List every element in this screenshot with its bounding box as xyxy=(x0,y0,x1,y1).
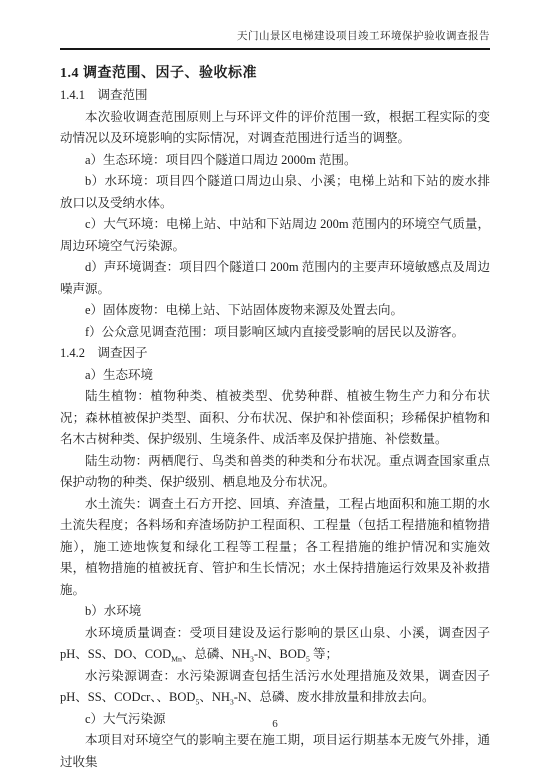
page-number: 6 xyxy=(272,718,278,730)
scope-item-d-noise: d）声环境调查：项目四个隧道口 200m 范围内的主要声环境敏感点及周边噪声源。 xyxy=(60,257,490,300)
paragraph-water-pollution-survey: 水污染源调查：水污染源调查包括生活污水处理措施及效果，调查因子 pH、SS、CO… xyxy=(60,666,490,709)
page-header: 天门山景区电梯建设项目竣工环境保护验收调查报告 xyxy=(0,0,550,50)
section-heading-1-4-1: 1.4.1 调查范围 xyxy=(60,85,490,107)
document-body: 1.4 调查范围、因子、验收标准 1.4.1 调查范围 本次验收调查范围原则上与… xyxy=(0,50,550,773)
paragraph-water-quality-survey: 水环境质量调查：受项目建设及运行影响的景区山泉、小溪，调查因子 pH、SS、DO… xyxy=(60,623,490,666)
paragraph-terrestrial-plants: 陆生植物：植物种类、植被类型、优势种群、植被生物生产力和分布状况；森林植被保护类… xyxy=(60,386,490,451)
factor-label-water: b）水环境 xyxy=(60,601,490,623)
section-heading-1-4: 1.4 调查范围、因子、验收标准 xyxy=(60,63,490,85)
scope-item-a-ecology: a）生态环境：项目四个隧道口周边 2000m 范围。 xyxy=(60,150,490,172)
page-footer: 6 xyxy=(0,718,550,730)
scope-item-c-air: c）大气环境：电梯上站、中站和下站周边 200m 范围内的环境空气质量，周边环境… xyxy=(60,214,490,257)
paragraph-soil-erosion: 水土流失：调查土石方开挖、回填、弃渣量，工程占地面积和施工期的水土流失程度；各料… xyxy=(60,494,490,602)
paragraph-terrestrial-animals: 陆生动物：两栖爬行、鸟类和兽类的种类和分布状况。重点调查国家重点保护动物的种类、… xyxy=(60,451,490,494)
header-title: 天门山景区电梯建设项目竣工环境保护验收调查报告 xyxy=(60,30,490,44)
document-page: 天门山景区电梯建设项目竣工环境保护验收调查报告 1.4 调查范围、因子、验收标准… xyxy=(0,0,550,778)
scope-item-f-public-opinion: f）公众意见调查范围：项目影响区域内直接受影响的居民以及游客。 xyxy=(60,322,490,344)
section-heading-1-4-2: 1.4.2 调查因子 xyxy=(60,343,490,365)
text-segment: 等； xyxy=(310,647,338,661)
paragraph-scope-intro: 本次验收调查范围原则上与环评文件的评价范围一致，根据工程实际的变动情况以及环境影… xyxy=(60,107,490,150)
text-segment: 、NH xyxy=(199,690,230,704)
text-segment: -N、总磷、废水排放量和排放去向。 xyxy=(234,690,435,704)
factor-label-ecology: a）生态环境 xyxy=(60,365,490,387)
text-segment: 、总磷、NH xyxy=(182,647,250,661)
scope-item-e-solid-waste: e）固体废物：电梯上站、下站固体废物来源及处置去向。 xyxy=(60,300,490,322)
paragraph-air-impact: 本项目对环境空气的影响主要在施工期，项目运行期基本无废气外排，通过收集 xyxy=(60,730,490,773)
text-segment: -N、BOD xyxy=(254,647,306,661)
subscript-mn: Mn xyxy=(171,655,182,664)
scope-item-b-water: b）水环境：项目四个隧道口周边山泉、小溪；电梯上站和下站的废水排放口以及受纳水体… xyxy=(60,171,490,214)
